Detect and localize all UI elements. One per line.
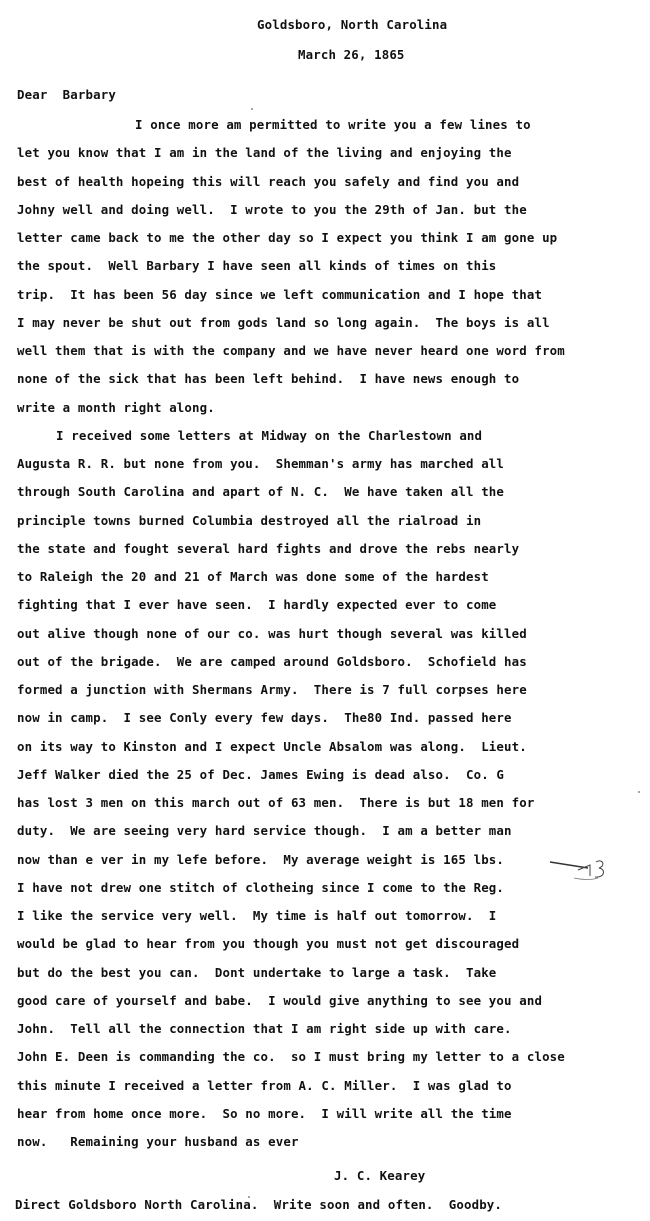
letter-line: formed a junction with Shermans Army. Th… — [17, 682, 527, 698]
handwritten-annotation — [548, 856, 610, 882]
scan-speck — [638, 791, 640, 793]
letter-line: now in camp. I see Conly every few days.… — [17, 710, 512, 726]
letter-page: Goldsboro, North Carolina March 26, 1865… — [0, 0, 650, 1221]
letter-line: the spout. Well Barbary I have seen all … — [17, 258, 496, 274]
letter-line: has lost 3 men on this march out of 63 m… — [17, 795, 534, 811]
letter-line: but do the best you can. Dont undertake … — [17, 965, 496, 981]
letter-line: John. Tell all the connection that I am … — [17, 1021, 512, 1037]
letter-line: Jeff Walker died the 25 of Dec. James Ew… — [17, 767, 504, 783]
signature: J. C. Kearey — [334, 1168, 425, 1184]
letter-line: out alive though none of our co. was hur… — [17, 626, 527, 642]
letter-line: none of the sick that has been left behi… — [17, 371, 519, 387]
letter-line: would be glad to hear from you though yo… — [17, 936, 519, 952]
letter-place: Goldsboro, North Carolina — [257, 17, 447, 33]
letter-line: Augusta R. R. but none from you. Shemman… — [17, 456, 504, 472]
letter-line: now. Remaining your husband as ever — [17, 1134, 299, 1150]
letter-line: I may never be shut out from gods land s… — [17, 315, 550, 331]
letter-date: March 26, 1865 — [298, 47, 405, 63]
letter-line: out of the brigade. We are camped around… — [17, 654, 527, 670]
letter-line: well them that is with the company and w… — [17, 343, 565, 359]
letter-line: I received some letters at Midway on the… — [56, 428, 482, 444]
letter-line: principle towns burned Columbia destroye… — [17, 513, 481, 529]
letter-line: the state and fought several hard fights… — [17, 541, 519, 557]
letter-line: hear from home once more. So no more. I … — [17, 1106, 512, 1122]
postscript: Direct Goldsboro North Carolina. Write s… — [15, 1197, 502, 1213]
letter-line: John E. Deen is commanding the co. so I … — [17, 1049, 565, 1065]
letter-line: through South Carolina and apart of N. C… — [17, 484, 504, 500]
scan-speck — [251, 108, 253, 110]
salutation: Dear Barbary — [17, 87, 116, 103]
letter-line: trip. It has been 56 day since we left c… — [17, 287, 542, 303]
letter-line: fighting that I ever have seen. I hardly… — [17, 597, 496, 613]
letter-line: now than e ver in my lefe before. My ave… — [17, 852, 504, 868]
letter-line: good care of yourself and babe. I would … — [17, 993, 542, 1009]
letter-line: on its way to Kinston and I expect Uncle… — [17, 739, 527, 755]
letter-line: best of health hopeing this will reach y… — [17, 174, 519, 190]
letter-line: I like the service very well. My time is… — [17, 908, 496, 924]
letter-line: write a month right along. — [17, 400, 215, 416]
letter-line: this minute I received a letter from A. … — [17, 1078, 512, 1094]
letter-line: letter came back to me the other day so … — [17, 230, 557, 246]
letter-line: to Raleigh the 20 and 21 of March was do… — [17, 569, 489, 585]
scan-speck — [248, 1196, 250, 1198]
letter-line: I once more am permitted to write you a … — [135, 117, 531, 133]
letter-line: duty. We are seeing very hard service th… — [17, 823, 512, 839]
letter-line: I have not drew one stitch of clotheing … — [17, 880, 504, 896]
letter-line: Johny well and doing well. I wrote to yo… — [17, 202, 527, 218]
letter-line: let you know that I am in the land of th… — [17, 145, 512, 161]
